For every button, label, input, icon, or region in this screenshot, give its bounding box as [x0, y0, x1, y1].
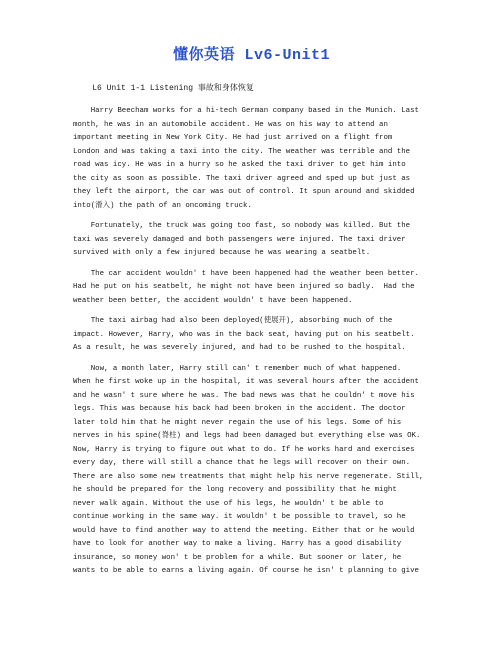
paragraph-accident-intro: Harry Beecham works for a hi-tech German…	[73, 105, 430, 213]
document-page: 懂你英语 Lv6-Unit1 L6 Unit 1-1 Listening 事故和…	[0, 0, 502, 649]
paragraph-airbag: The taxi airbag had also been deployed(使…	[73, 315, 430, 356]
paragraph-recovery: Now, a month later, Harry still can' t r…	[73, 363, 430, 579]
lesson-subtitle: L6 Unit 1-1 Listening 事故和身体恢复	[73, 82, 430, 95]
page-title: 懂你英语 Lv6-Unit1	[73, 46, 430, 66]
paragraph-conditionals: The car accident wouldn' t have been hap…	[73, 268, 430, 309]
paragraph-crash-outcome: Fortunately, the truck was going too fas…	[73, 220, 430, 261]
